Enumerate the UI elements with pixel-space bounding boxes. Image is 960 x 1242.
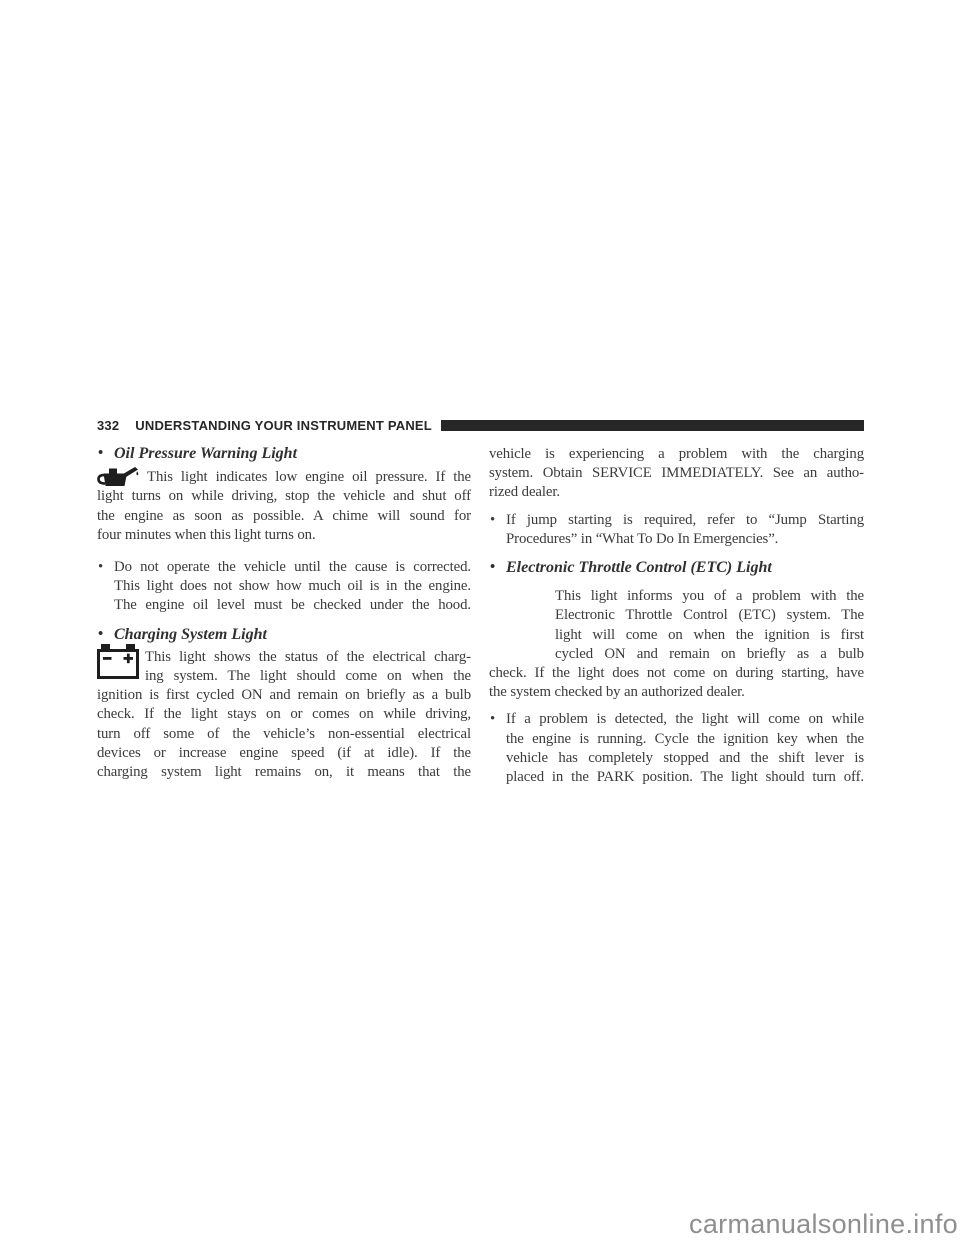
right-column: vehicle is experiencing a problem with t… [489, 444, 864, 787]
oil-caution-text: Do not operate the vehicle until the cau… [114, 558, 471, 616]
heading-text: Charging System Light [114, 626, 267, 643]
jump-starting-bullet: • If jump starting is required, refer to… [489, 511, 864, 549]
oil-caution-bullet: • Do not operate the vehicle until the c… [97, 558, 471, 616]
battery-icon [97, 644, 139, 685]
etc-problem-text: If a problem is detected, the light will… [506, 710, 864, 787]
charging-continued-paragraph: vehicle is experiencing a problem with t… [489, 445, 864, 503]
heading-text: Oil Pressure Warning Light [114, 445, 297, 462]
left-column: • Oil Pressure Warning Light This ligh [97, 444, 471, 787]
jump-starting-text: If jump starting is required, refer to “… [506, 511, 864, 549]
heading-charging-system-light: • Charging System Light [97, 625, 471, 644]
bullet-glyph: • [490, 710, 495, 729]
heading-text: Electronic Throttle Control (ETC) Light [506, 559, 772, 576]
page-content: 332 UNDERSTANDING YOUR INSTRUMENT PANEL … [97, 418, 864, 787]
page-number: 332 [97, 418, 119, 433]
oil-pressure-text: This light indicates low engine oil pres… [97, 468, 471, 545]
etc-text: This light informs you of a problem with… [489, 587, 864, 702]
bullet-glyph: • [98, 444, 103, 463]
two-column-body: • Oil Pressure Warning Light This ligh [97, 444, 864, 787]
bullet-glyph: • [490, 558, 495, 577]
manual-page: 332 UNDERSTANDING YOUR INSTRUMENT PANEL … [0, 0, 960, 1242]
etc-paragraph: This light informs you of a problem with… [489, 587, 864, 702]
bullet-glyph: • [98, 558, 103, 577]
header-title: UNDERSTANDING YOUR INSTRUMENT PANEL [135, 418, 432, 433]
heading-oil-pressure-warning-light: • Oil Pressure Warning Light [97, 444, 471, 463]
charging-system-paragraph: This light shows the status of the elect… [97, 648, 471, 782]
etc-problem-bullet: • If a problem is detected, the light wi… [489, 710, 864, 787]
charging-continued-text: vehicle is experiencing a problem with t… [489, 445, 864, 503]
heading-etc-light: • Electronic Throttle Control (ETC) Ligh… [489, 558, 864, 577]
oil-can-icon [97, 464, 141, 493]
page-header: 332 UNDERSTANDING YOUR INSTRUMENT PANEL [97, 418, 864, 432]
bullet-glyph: • [98, 625, 103, 644]
oil-pressure-paragraph: This light indicates low engine oil pres… [97, 468, 471, 545]
charging-system-text: This light shows the status of the elect… [97, 648, 471, 782]
header-bar [441, 420, 864, 431]
watermark-text: carmanualsonline.info [689, 1209, 958, 1240]
bullet-glyph: • [490, 511, 495, 530]
